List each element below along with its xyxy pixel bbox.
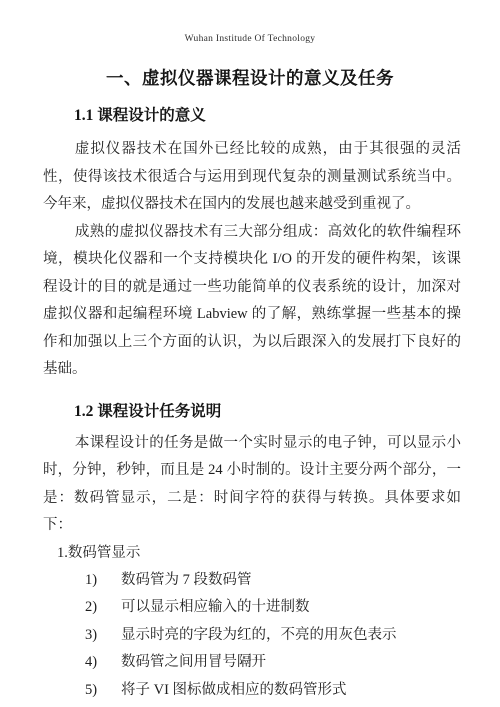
paragraph: 虚拟仪器技术在国外已经比较的成熟，由于其很强的灵活性，使得该技术很适合与运用到现… (43, 136, 461, 219)
running-header: Wuhan Institude Of Technology (0, 33, 500, 45)
item-number: 5) (85, 677, 121, 704)
item-number: 2) (85, 594, 121, 621)
list-item: 2) 可以显示相应输入的十进制数 (85, 594, 500, 621)
document-title: 一、虚拟仪器课程设计的意义及任务 (0, 67, 500, 89)
list-item: 1) 数码管为 7 段数码管 (85, 567, 500, 594)
item-text: 数码管为 7 段数码管 (121, 567, 252, 594)
list-title: 1.数码管显示 (57, 540, 500, 568)
page-number: - 1 - (0, 652, 500, 662)
list-item: 5) 将子 VI 图标做成相应的数码管形式 (85, 677, 500, 704)
section-1-body: 虚拟仪器技术在国外已经比较的成熟，由于其很强的灵活性，使得该技术很适合与运用到现… (43, 136, 461, 384)
item-number: 1) (85, 567, 121, 594)
document-page: Wuhan Institude Of Technology 一、虚拟仪器课程设计… (0, 0, 500, 707)
section-2-body: 本课程设计的任务是做一个实时显示的电子钟，可以显示小时，分钟，秒钟，而且是 24… (43, 430, 461, 540)
item-number: 3) (85, 622, 121, 649)
paragraph: 本课程设计的任务是做一个实时显示的电子钟，可以显示小时，分钟，秒钟，而且是 24… (43, 430, 461, 540)
list-item: 3) 显示时亮的字段为红的，不亮的用灰色表示 (85, 622, 500, 649)
item-text: 将子 VI 图标做成相应的数码管形式 (121, 677, 347, 704)
section-heading-1-1: 1.1 课程设计的意义 (74, 108, 500, 124)
item-text: 显示时亮的字段为红的，不亮的用灰色表示 (121, 622, 397, 649)
item-text: 可以显示相应输入的十进制数 (121, 594, 310, 621)
paragraph: 成熟的虚拟仪器技术有三大部分组成：高效化的软件编程环境，模块化仪器和一个支持模块… (43, 219, 461, 384)
requirements-list: 1) 数码管为 7 段数码管 2) 可以显示相应输入的十进制数 3) 显示时亮的… (85, 567, 500, 704)
section-heading-1-2: 1.2 课程设计任务说明 (74, 404, 500, 420)
